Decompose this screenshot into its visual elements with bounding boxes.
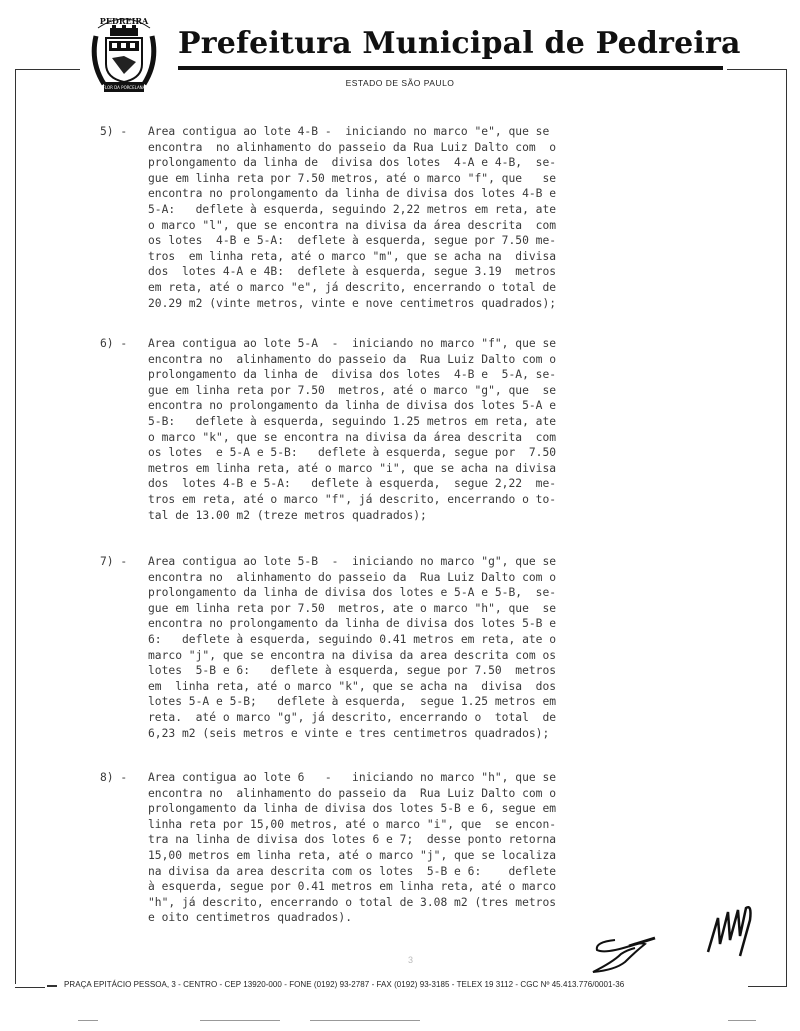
frame-line xyxy=(727,69,787,70)
clause-line: dos lotes 4-A e 4B: deflete à esquerda, … xyxy=(148,264,750,280)
footer-rule xyxy=(15,987,45,988)
clause-8: 8) - Area contigua ao lote 6 - iniciando… xyxy=(100,770,750,926)
clause-6: 6) - Area contigua ao lote 5-A - inician… xyxy=(100,336,750,523)
signature-1-icon xyxy=(585,930,685,980)
clause-line: tros em linha reta, até o marco "m", que… xyxy=(148,249,750,265)
clause-line: Area contigua ao lote 5-B - iniciando no… xyxy=(148,554,750,570)
clause-5: 5) - Area contigua ao lote 4-B - inician… xyxy=(100,124,750,311)
frame-line xyxy=(786,69,787,987)
clause-line: 20.29 m2 (vinte metros, vinte e nove cen… xyxy=(148,296,750,312)
scan-artifact xyxy=(728,1020,756,1021)
clause-number: 8) - xyxy=(100,770,148,786)
clause-line: encontra no prolongamento da linha de di… xyxy=(148,398,750,414)
clause-line: à esquerda, segue por 0.41 metros em lin… xyxy=(148,879,750,895)
frame-line xyxy=(15,69,80,70)
clause-line: encontra no alinhamento do passeio da Ru… xyxy=(148,786,750,802)
scan-artifact xyxy=(78,1020,98,1021)
clause-line: 6,23 m2 (seis metros e vinte e tres cent… xyxy=(148,726,750,742)
clause-line: encontra no prolongamento da linha de di… xyxy=(148,186,750,202)
clause-text: Area contigua ao lote 5-A - iniciando no… xyxy=(148,336,750,523)
scan-artifact xyxy=(310,1020,420,1021)
clause-line: e oito centimetros quadrados). xyxy=(148,910,750,926)
clause-line: reta. até o marco "g", já descrito, ence… xyxy=(148,710,750,726)
page-number: 3 xyxy=(408,955,413,965)
clause-line: metros em linha reta, até o marco "i", q… xyxy=(148,461,750,477)
clause-line: em reta, até o marco "e", já descrito, e… xyxy=(148,280,750,296)
document-page: PEDREIRA FLOR DA PORCELANA Prefeitura Mu… xyxy=(0,0,800,1031)
clause-line: 5-B: deflete à esquerda, seguindo 1.25 m… xyxy=(148,414,750,430)
clause-number: 7) - xyxy=(100,554,148,570)
clause-line: encontra no prolongamento da linha de di… xyxy=(148,616,750,632)
scan-artifact xyxy=(200,1020,280,1021)
page-title: Prefeitura Municipal de Pedreira xyxy=(178,26,741,61)
clause-line: lotes 5-B e 6: deflete à esquerda, segue… xyxy=(148,663,750,679)
clause-number: 5) - xyxy=(100,124,148,140)
clause-line: dos lotes 4-B e 5-A: deflete à esquerda,… xyxy=(148,476,750,492)
frame-line xyxy=(15,69,16,984)
clause-line: Area contigua ao lote 4-B - iniciando no… xyxy=(148,124,750,140)
clause-number: 6) - xyxy=(100,336,148,352)
clause-7: 7) - Area contigua ao lote 5-B - inician… xyxy=(100,554,750,741)
clause-line: marco "j", que se encontra na divisa da … xyxy=(148,648,750,664)
clause-text: Area contigua ao lote 5-B - iniciando no… xyxy=(148,554,750,741)
clause-line: prolongamento da linha de divisa dos lot… xyxy=(148,801,750,817)
clause-line: os lotes 4-B e 5-A: deflete à esquerda, … xyxy=(148,233,750,249)
state-subtitle: ESTADO DE SÃO PAULO xyxy=(0,78,800,88)
clause-line: o marco "k", que se encontra na divisa d… xyxy=(148,430,750,446)
clause-line: encontra no alinhamento do passeio da Ru… xyxy=(148,352,750,368)
clause-line: gue em linha reta por 7.50 metros, ate o… xyxy=(148,601,750,617)
footer-address: PRAÇA EPITÁCIO PESSOA, 3 - CENTRO - CEP … xyxy=(64,980,624,989)
clause-line: Area contigua ao lote 6 - iniciando no m… xyxy=(148,770,750,786)
clause-line: tra na linha de divisa dos lotes 6 e 7; … xyxy=(148,832,750,848)
clause-line: linha reta por 15,00 metros, até o marco… xyxy=(148,817,750,833)
title-rule xyxy=(178,66,723,70)
clause-line: tal de 13.00 m2 (treze metros quadrados)… xyxy=(148,508,750,524)
clause-line: prolongamento da linha de divisa dos lot… xyxy=(148,155,750,171)
clause-line: encontra no alinhamento do passeio da Ru… xyxy=(148,570,750,586)
clause-line: os lotes e 5-A e 5-B: deflete à esquerda… xyxy=(148,445,750,461)
clause-line: tros em reta, até o marco "f", já descri… xyxy=(148,492,750,508)
clause-line: gue em linha reta por 7.50 metros, até o… xyxy=(148,383,750,399)
clause-line: na divisa da area descrita com os lotes … xyxy=(148,864,750,880)
clause-line: 6: deflete à esquerda, seguindo 0.41 met… xyxy=(148,632,750,648)
clause-line: prolongamento da linha de divisa dos lot… xyxy=(148,585,750,601)
clause-line: em linha reta, até o marco "k", que se a… xyxy=(148,679,750,695)
svg-text:PEDREIRA: PEDREIRA xyxy=(100,16,149,26)
clause-line: Area contigua ao lote 5-A - iniciando no… xyxy=(148,336,750,352)
clause-line: o marco "l", que se encontra na divisa d… xyxy=(148,218,750,234)
clause-text: Area contigua ao lote 4-B - iniciando no… xyxy=(148,124,750,311)
clause-line: 5-A: deflete à esquerda, seguindo 2,22 m… xyxy=(148,202,750,218)
clause-line: encontra no alinhamento do passeio da Ru… xyxy=(148,140,750,156)
clause-line: prolongamento da linha de divisa dos lot… xyxy=(148,367,750,383)
clause-text: Area contigua ao lote 6 - iniciando no m… xyxy=(148,770,750,926)
clause-line: gue em linha reta por 7.50 metros, até o… xyxy=(148,171,750,187)
footer-rule xyxy=(47,985,57,987)
clause-line: lotes 5-A e 5-B; deflete à esquerda, seg… xyxy=(148,694,750,710)
footer-rule xyxy=(748,986,787,987)
clause-line: "h", já descrito, encerrando o total de … xyxy=(148,895,750,911)
signature-2-icon xyxy=(700,900,770,960)
clause-line: 15,00 metros em linha reta, até o marco … xyxy=(148,848,750,864)
